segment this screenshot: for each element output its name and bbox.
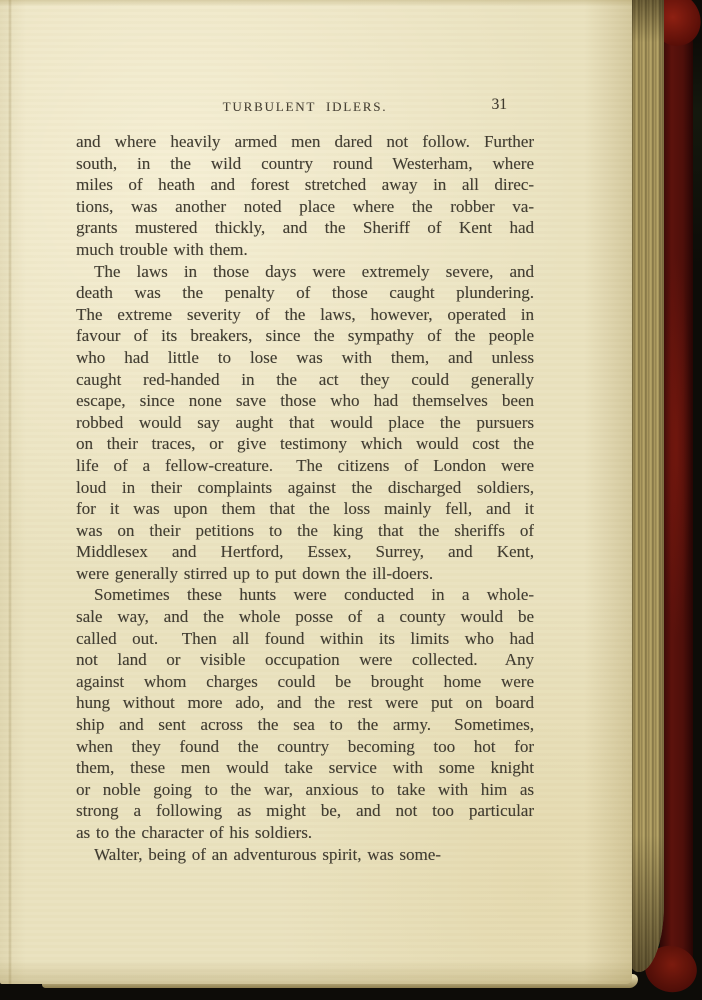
text-line: them, these men would take service with …	[76, 757, 534, 779]
text-line: death was the penalty of those caught pl…	[76, 282, 534, 304]
text-line: tions, was another noted place where the…	[76, 196, 534, 218]
text-line: for it was upon them that the loss mainl…	[76, 498, 534, 520]
page-crease	[8, 0, 12, 984]
text-line: loud in their complaints against the dis…	[76, 477, 534, 499]
paragraph: Walter, being of an adventurous spirit, …	[76, 844, 534, 866]
page-header: TURBULENT IDLERS. 31	[76, 98, 534, 114]
text-line: against whom charges could be brought ho…	[76, 671, 534, 693]
text-line: The laws in those days were extremely se…	[76, 261, 534, 283]
text-line: not land or visible occupation were coll…	[76, 649, 534, 671]
book-page: TURBULENT IDLERS. 31 and where heavily a…	[0, 0, 632, 984]
text-line: Middlesex and Hertford, Essex, Surrey, a…	[76, 541, 534, 563]
text-line: much trouble with them.	[76, 239, 534, 261]
text-line: hung without more ado, and the rest were…	[76, 692, 534, 714]
running-title: TURBULENT IDLERS.	[223, 99, 388, 114]
text-line: were generally stirred up to put down th…	[76, 563, 534, 585]
scanned-book-photo: TURBULENT IDLERS. 31 and where heavily a…	[0, 0, 702, 1000]
text-line: The extreme severity of the laws, howeve…	[76, 304, 534, 326]
text-line: favour of its breakers, since the sympat…	[76, 325, 534, 347]
text-line: Sometimes these hunts were conducted in …	[76, 584, 534, 606]
page-edges-stack	[629, 0, 664, 972]
text-line: grants mustered thickly, and the Sheriff…	[76, 217, 534, 239]
text-line: escape, since none save those who had th…	[76, 390, 534, 412]
text-line: on their traces, or give testimony which…	[76, 433, 534, 455]
text-line: when they found the country becoming too…	[76, 736, 534, 758]
text-line: caught red-handed in the act they could …	[76, 369, 534, 391]
paragraph: Sometimes these hunts were conducted in …	[76, 584, 534, 843]
page-body: and where heavily armed men dared not fo…	[76, 131, 534, 865]
text-line: as to the character of his soldiers.	[76, 822, 534, 844]
text-line: called out. Then all found within its li…	[76, 628, 534, 650]
text-line: Walter, being of an adventurous spirit, …	[76, 844, 534, 866]
text-line: sale way, and the whole posse of a count…	[76, 606, 534, 628]
paragraph: and where heavily armed men dared not fo…	[76, 131, 534, 261]
text-line: miles of heath and forest stretched away…	[76, 174, 534, 196]
text-line: life of a fellow-creature. The citizens …	[76, 455, 534, 477]
text-line: south, in the wild country round Westerh…	[76, 153, 534, 175]
text-line: strong a following as might be, and not …	[76, 800, 534, 822]
text-line: who had little to lose was with them, an…	[76, 347, 534, 369]
text-line: was on their petitions to the king that …	[76, 520, 534, 542]
paragraph: The laws in those days were extremely se…	[76, 261, 534, 585]
text-line: robbed would say aught that would place …	[76, 412, 534, 434]
text-line: ship and sent across the sea to the army…	[76, 714, 534, 736]
book-cover-spine	[660, 2, 693, 990]
text-line: and where heavily armed men dared not fo…	[76, 131, 534, 153]
page-number: 31	[492, 96, 508, 114]
text-line: or noble going to the war, anxious to ta…	[76, 779, 534, 801]
